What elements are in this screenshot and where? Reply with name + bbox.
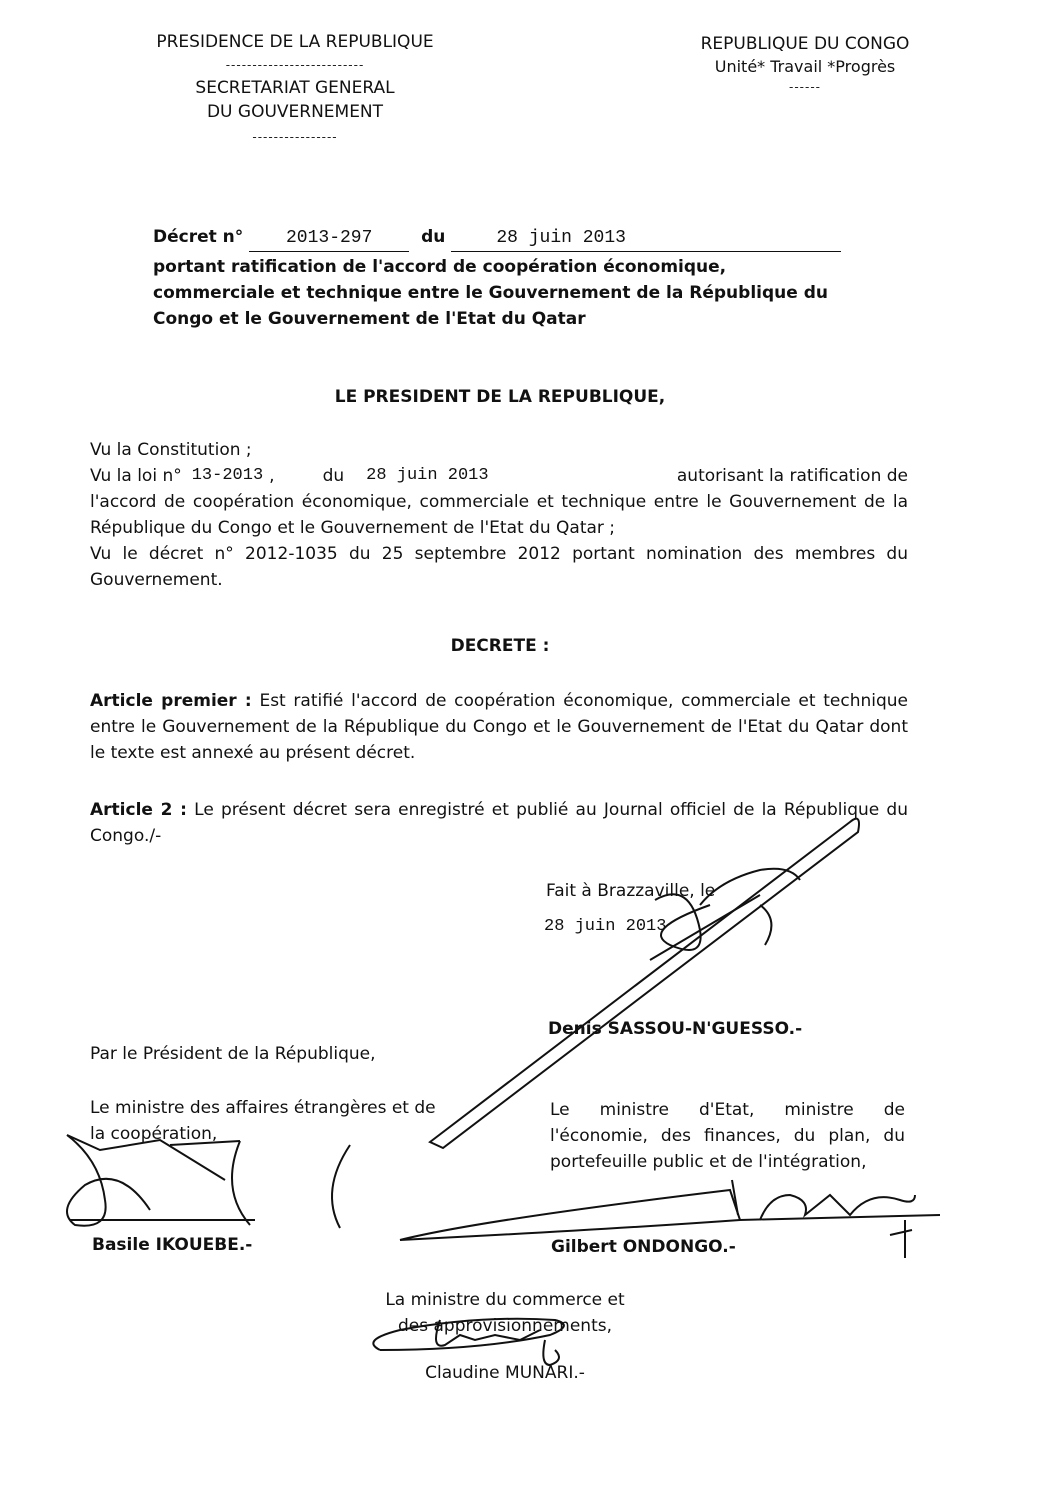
republic-title: REPUBLIQUE DU CONGO xyxy=(640,34,970,54)
signatory-3-title: La ministre du commerce et des approvisi… xyxy=(340,1287,670,1339)
decree-du: du xyxy=(421,227,445,247)
visa-loi-number: 13-2013 xyxy=(192,463,263,489)
header-left: PRESIDENCE DE LA REPUBLIQUE ------------… xyxy=(100,32,490,144)
article-1-label: Article premier : xyxy=(90,691,252,711)
decree-line: Décret n° 2013-297 du 28 juin 2013 xyxy=(153,224,873,252)
article-1: Article premier : Est ratifié l'accord d… xyxy=(90,688,908,766)
visa-loi-du: du xyxy=(323,463,345,489)
par-le-president: Par le Président de la République, xyxy=(90,1041,376,1067)
signatory-1-title: Le ministre des affaires étrangères et d… xyxy=(90,1095,440,1147)
decree-label: Décret n° xyxy=(153,227,243,247)
decree-number: 2013-297 xyxy=(249,225,409,252)
separator: -------------------------- xyxy=(100,58,490,72)
presidence-title: PRESIDENCE DE LA REPUBLIQUE xyxy=(100,32,490,52)
visas: Vu la Constitution ; Vu la loi n° 13-201… xyxy=(90,437,908,593)
visa-decret: Vu le décret n° 2012-1035 du 25 septembr… xyxy=(90,541,908,593)
ikouebe-signature-icon xyxy=(67,1135,350,1228)
visa-loi-label: Vu la loi n° xyxy=(90,463,182,489)
decree-subject: portant ratification de l'accord de coop… xyxy=(153,254,853,332)
visa-loi-rest: autorisant la ratification de xyxy=(677,463,908,489)
secretariat-title: SECRETARIAT GENERAL xyxy=(100,78,490,98)
national-motto: Unité* Travail *Progrès xyxy=(640,57,970,76)
closing-date: 28 juin 2013 xyxy=(544,914,666,940)
visa-constitution: Vu la Constitution ; xyxy=(90,437,908,463)
article-2-text: Le présent décret sera enregistré et pub… xyxy=(90,800,908,846)
signatory-2-name: Gilbert ONDONGO.- xyxy=(551,1234,736,1260)
decrete-heading: DECRETE : xyxy=(0,633,1000,659)
header-right: REPUBLIQUE DU CONGO Unité* Travail *Prog… xyxy=(640,34,970,94)
president-heading: LE PRESIDENT DE LA REPUBLIQUE, xyxy=(0,384,1000,410)
decree-date: 28 juin 2013 xyxy=(451,225,841,252)
visa-loi-comma: , xyxy=(269,463,274,489)
visa-loi-date: 28 juin 2013 xyxy=(366,463,488,489)
visa-loi-first: Vu la loi n° 13-2013 , du 28 juin 2013 a… xyxy=(90,463,908,489)
signatory-3-title-line2: des approvisionnements, xyxy=(340,1313,670,1339)
closing-place: Fait à Brazzaville, le xyxy=(546,878,715,904)
article-2-label: Article 2 : xyxy=(90,800,187,820)
visa-loi-object: l'accord de coopération économique, comm… xyxy=(90,489,908,541)
president-name: Denis SASSOU-N'GUESSO.- xyxy=(548,1016,802,1042)
separator: ---------------- xyxy=(100,130,490,144)
signatory-2-title: Le ministre d'Etat, ministre de l'économ… xyxy=(550,1097,905,1175)
article-2: Article 2 : Le présent décret sera enreg… xyxy=(90,797,908,849)
signatory-1-name: Basile IKOUEBE.- xyxy=(92,1232,252,1258)
signatory-3-title-line1: La ministre du commerce et xyxy=(340,1287,670,1313)
signatory-3-name: Claudine MUNARI.- xyxy=(340,1360,670,1386)
separator: ------ xyxy=(640,80,970,94)
gouvernement-title: DU GOUVERNEMENT xyxy=(100,102,490,122)
